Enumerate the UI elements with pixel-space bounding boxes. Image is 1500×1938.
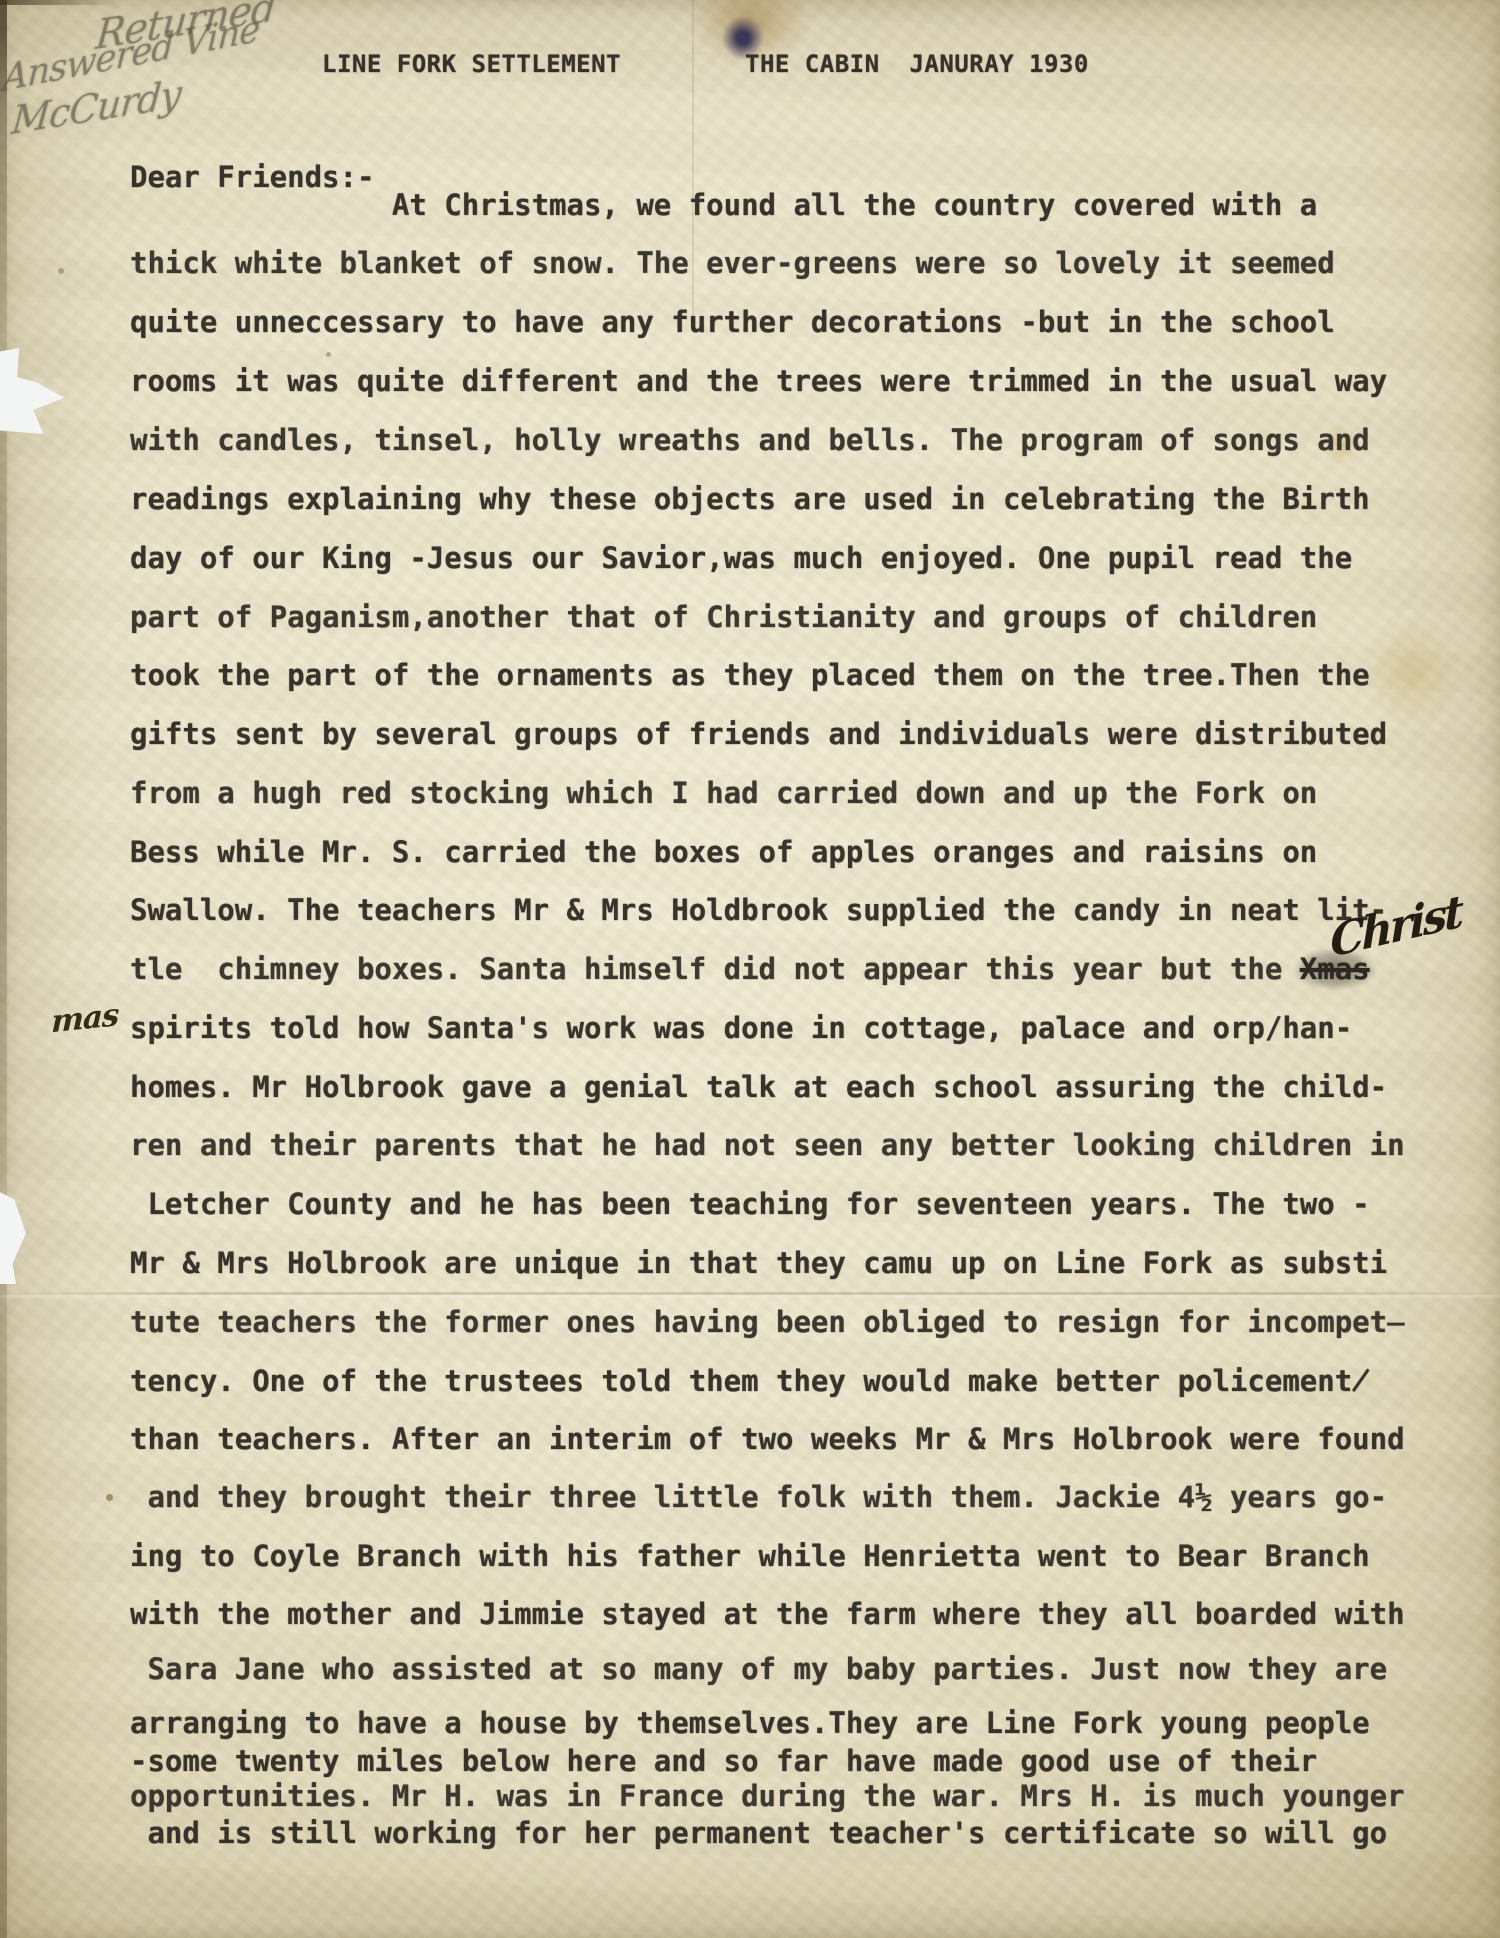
typed-line: and they brought their three little folk… xyxy=(130,1480,1387,1514)
typed-line: tle chimney boxes. Santa himself did not… xyxy=(130,952,1370,986)
handwritten-correction-mas: mas xyxy=(51,997,119,1040)
typed-line: took the part of the ornaments as they p… xyxy=(130,658,1370,692)
typed-line: than teachers. After an interim of two w… xyxy=(130,1422,1405,1456)
typed-line: spirits told how Santa's work was done i… xyxy=(130,1011,1352,1045)
typed-line: thick white blanket of snow. The ever-gr… xyxy=(130,246,1335,280)
typed-line: tute teachers the former ones having bee… xyxy=(130,1305,1405,1339)
paper-stain-yellow-large xyxy=(1364,615,1459,730)
typed-line: At Christmas, we found all the country c… xyxy=(130,188,1317,222)
typed-line: Bess while Mr. S. carried the boxes of a… xyxy=(130,835,1317,869)
paper-speck xyxy=(58,268,64,274)
letter-header-dateline: THE CABIN JANURAY 1930 xyxy=(745,50,1089,78)
typed-line: quite unneccessary to have any further d… xyxy=(130,305,1335,339)
typed-line: part of Paganism,another that of Christi… xyxy=(130,600,1317,634)
typed-line: ing to Coyle Branch with his father whil… xyxy=(130,1539,1370,1573)
typed-line: and is still working for her permanent t… xyxy=(130,1816,1387,1850)
torn-edge-notch-lower xyxy=(0,1192,26,1284)
typed-line: -some twenty miles below here and so far… xyxy=(130,1744,1317,1778)
typed-line: from a hugh red stocking which I had car… xyxy=(130,776,1317,810)
typed-line: tency. One of the trustees told them the… xyxy=(130,1364,1370,1398)
typed-line-text: tle chimney boxes. Santa himself did not… xyxy=(130,952,1300,986)
typed-line: day of our King -Jesus our Savior,was mu… xyxy=(130,541,1352,575)
typed-line: ren and their parents that he had not se… xyxy=(130,1128,1405,1162)
typed-line: Mr & Mrs Holbrook are unique in that the… xyxy=(130,1246,1387,1280)
letter-header-org: LINE FORK SETTLEMENT xyxy=(322,50,621,78)
fold-crease-horizontal xyxy=(0,1292,1500,1295)
typed-line: gifts sent by several groups of friends … xyxy=(130,717,1387,751)
typed-line: opportunities. Mr H. was in France durin… xyxy=(130,1779,1405,1813)
typed-line: homes. Mr Holbrook gave a genial talk at… xyxy=(130,1070,1387,1104)
typed-line: readings explaining why these objects ar… xyxy=(130,482,1370,516)
typed-line: Sara Jane who assisted at so many of my … xyxy=(130,1652,1387,1686)
letter-paper: LINE FORK SETTLEMENT THE CABIN JANURAY 1… xyxy=(0,0,1500,1938)
paper-speck xyxy=(106,1494,113,1501)
typed-line: Swallow. The teachers Mr & Mrs Holdbrook… xyxy=(130,893,1387,927)
torn-edge-notch-upper xyxy=(0,348,64,434)
typed-line: rooms it was quite different and the tre… xyxy=(130,364,1387,398)
typed-line: with candles, tinsel, holly wreaths and … xyxy=(130,423,1370,457)
paper-edge-shadow-top xyxy=(0,0,120,5)
paper-speck xyxy=(326,352,331,357)
typed-line: with the mother and Jimmie stayed at the… xyxy=(130,1597,1405,1631)
typed-line: arranging to have a house by themselves.… xyxy=(130,1706,1370,1740)
paper-edge-shadow xyxy=(0,0,7,1938)
typed-line: Letcher County and he has been teaching … xyxy=(130,1187,1370,1221)
